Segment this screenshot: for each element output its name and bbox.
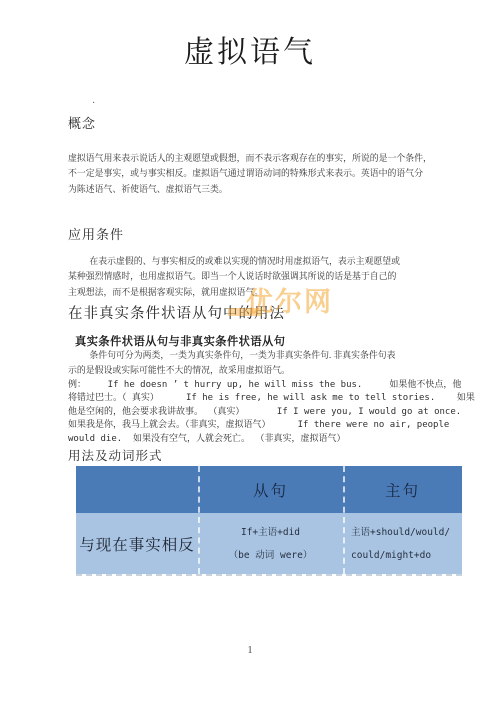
example-sentences: 例： If he doesn ’ t hurry up, he will mis… — [68, 379, 475, 446]
table-cell-clause: If+主语+did （be 动词 were） — [198, 513, 343, 574]
text-line: 虚拟语气用来表示说话人的主观愿望或假想，而不表示客观存在的事实，所说的是一个条件… — [68, 151, 432, 166]
text-line: 不一定是事实，或与事实相反。虚拟语气通过谓语动词的特殊形式来表示。英语中的语气分 — [68, 166, 432, 181]
stray-scan-mark: · — [92, 98, 95, 109]
example-line: 将错过巴士。（ 真实） If he is free, he will ask m… — [68, 392, 475, 405]
heading-unreal-conditional: 在非真实条件状语从句中的用法 — [68, 302, 285, 323]
text-line: 某种强烈情感时，也用虚拟语气。即当一个人说话时欲强调其所说的话是基于自己的 — [68, 269, 400, 284]
table-body-row: 与现在事实相反 If+主语+did （be 动词 were） 主语+should… — [76, 513, 462, 574]
heading-concept: 概念 — [68, 113, 96, 132]
example-line: 例： If he doesn ’ t hurry up, he will mis… — [68, 379, 475, 392]
header-label: 从句 — [253, 479, 288, 501]
example-line: would die. 如果没有空气，人就会死亡。 （非真实，虚拟语气） — [68, 433, 475, 446]
table-header-clause: 从句 — [198, 466, 343, 513]
table-column-divider — [343, 466, 345, 574]
verb-forms-table: 从句 主句 与现在事实相反 If+主语+did （be 动词 were） 主语+… — [76, 466, 462, 576]
table-cell-condition: 与现在事实相反 — [76, 513, 198, 574]
paragraph-application: 在表示虚假的、与事实相反的或难以实现的情况时用虚拟语气，表示主观愿望或 某种强烈… — [68, 254, 400, 300]
condition-label: 与现在事实相反 — [79, 533, 195, 555]
table-header-main: 主句 — [343, 466, 462, 513]
document-page: 虚拟语气 · 概念 虚拟语气用来表示说话人的主观愿望或假想，而不表示客观存在的事… — [0, 0, 500, 707]
paragraph-concept: 虚拟语气用来表示说话人的主观愿望或假想，而不表示客观存在的事实，所说的是一个条件… — [68, 151, 432, 197]
table-header-empty — [76, 466, 198, 513]
paragraph-clause-types: 条件句可分为两类，一类为真实条件句，一类为非真实条件句. 非真实条件句表 示的是… — [68, 348, 396, 379]
main-formula-line: 主语+should/would/ — [351, 521, 450, 544]
page-number: 1 — [0, 645, 500, 656]
main-formula-line: could/might+do — [351, 544, 431, 567]
heading-usage: 用法及动词形式 — [68, 446, 163, 464]
header-label: 主句 — [385, 479, 420, 501]
subheading-clause-types: 真实条件状语从句与非真实条件状语从句 — [75, 333, 285, 349]
text-line: 示的是假设或实际可能性不大的情况，故采用虚拟语气。 — [68, 363, 396, 378]
table-column-divider — [198, 466, 200, 574]
clause-formula-line: If+主语+did — [241, 521, 300, 544]
table-header-row: 从句 主句 — [76, 466, 462, 513]
clause-formula-line: （be 动词 were） — [229, 544, 313, 567]
text-line: 在表示虚假的、与事实相反的或难以实现的情况时用虚拟语气，表示主观愿望或 — [68, 254, 400, 269]
example-line: 如果我是你，我马上就会去。（非真实，虚拟语气） If there were no… — [68, 419, 475, 432]
table-cell-main: 主语+should/would/ could/might+do — [343, 513, 462, 574]
text-line: 主观想法，而不是根据客观实际，就用虚拟语气。 — [68, 285, 400, 300]
heading-application: 应用条件 — [68, 224, 124, 243]
page-title: 虚拟语气 — [0, 27, 500, 71]
text-line: 为陈述语气、祈使语气、虚拟语气三类。 — [68, 182, 432, 197]
example-line: 他是空闲的，他会要求我讲故事。 （真实） If I were you, I wo… — [68, 406, 475, 419]
text-line: 条件句可分为两类，一类为真实条件句，一类为非真实条件句. 非真实条件句表 — [68, 348, 396, 363]
